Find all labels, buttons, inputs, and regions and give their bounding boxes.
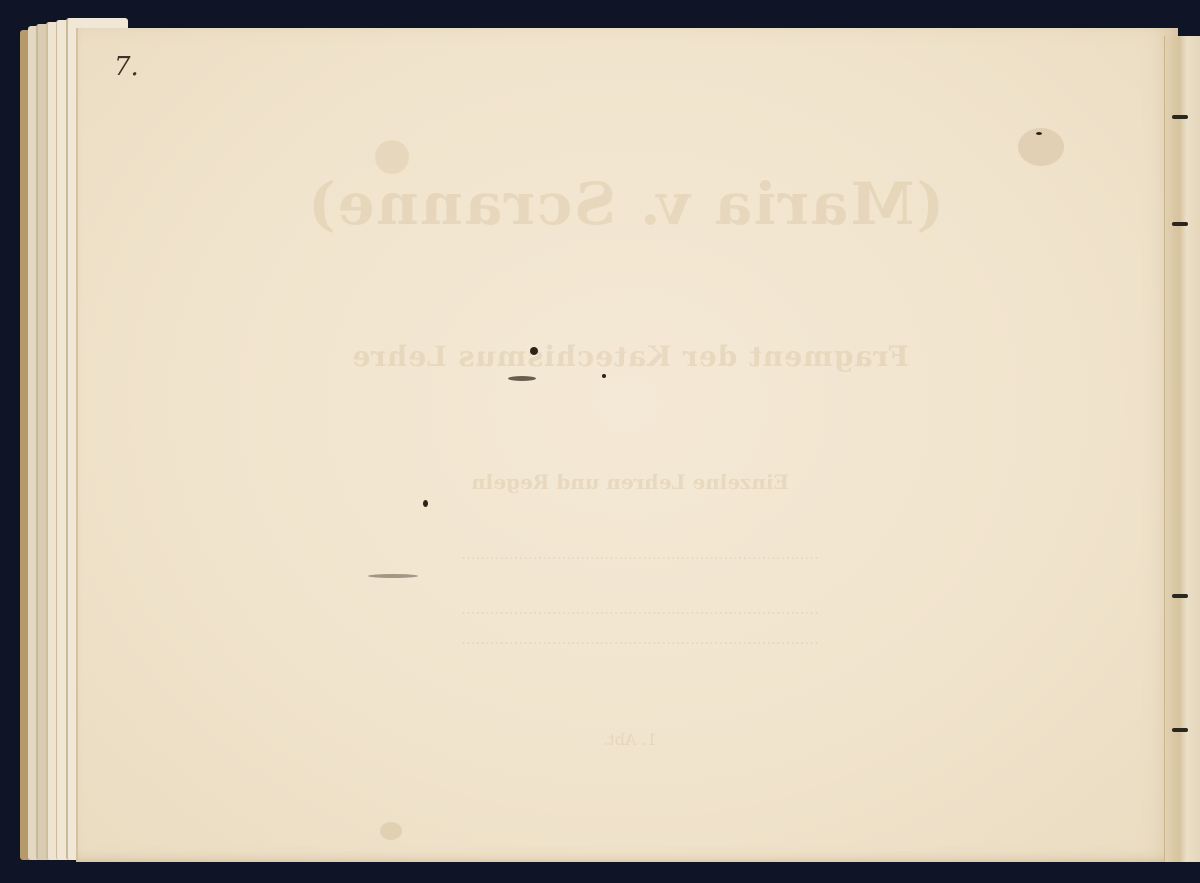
bleed-through-subtitle: Fragment der Katechismus Lehre (310, 340, 950, 373)
folio-number: 7. (114, 52, 139, 82)
bleed-through-body-line: ........................................… (170, 600, 1110, 618)
binding-stitch (1172, 222, 1188, 226)
ink-blot (508, 376, 536, 381)
ink-smudge (368, 574, 418, 578)
bleed-through-footer: 1. Abt. (560, 730, 700, 749)
bleed-through-body-line: ........................................… (170, 545, 1110, 563)
binding-stitch (1172, 115, 1188, 119)
binding-stitch (1172, 594, 1188, 598)
ink-speck (602, 374, 606, 378)
bleed-through-line: Einzelne Lehren und Regeln (390, 470, 870, 494)
bleed-through-title: (Maria v. Scranne) (260, 170, 990, 238)
stain-spot (380, 822, 402, 840)
ink-speck (1036, 132, 1042, 135)
bleed-through-body-line: ........................................… (170, 630, 1110, 648)
scanned-page: (Maria v. Scranne) Fragment der Katechis… (0, 0, 1200, 883)
binding-stitch (1172, 728, 1188, 732)
binding-gutter (1164, 36, 1200, 862)
stain-spot (375, 140, 409, 174)
ink-speck (423, 500, 428, 507)
ink-blot (530, 347, 538, 355)
